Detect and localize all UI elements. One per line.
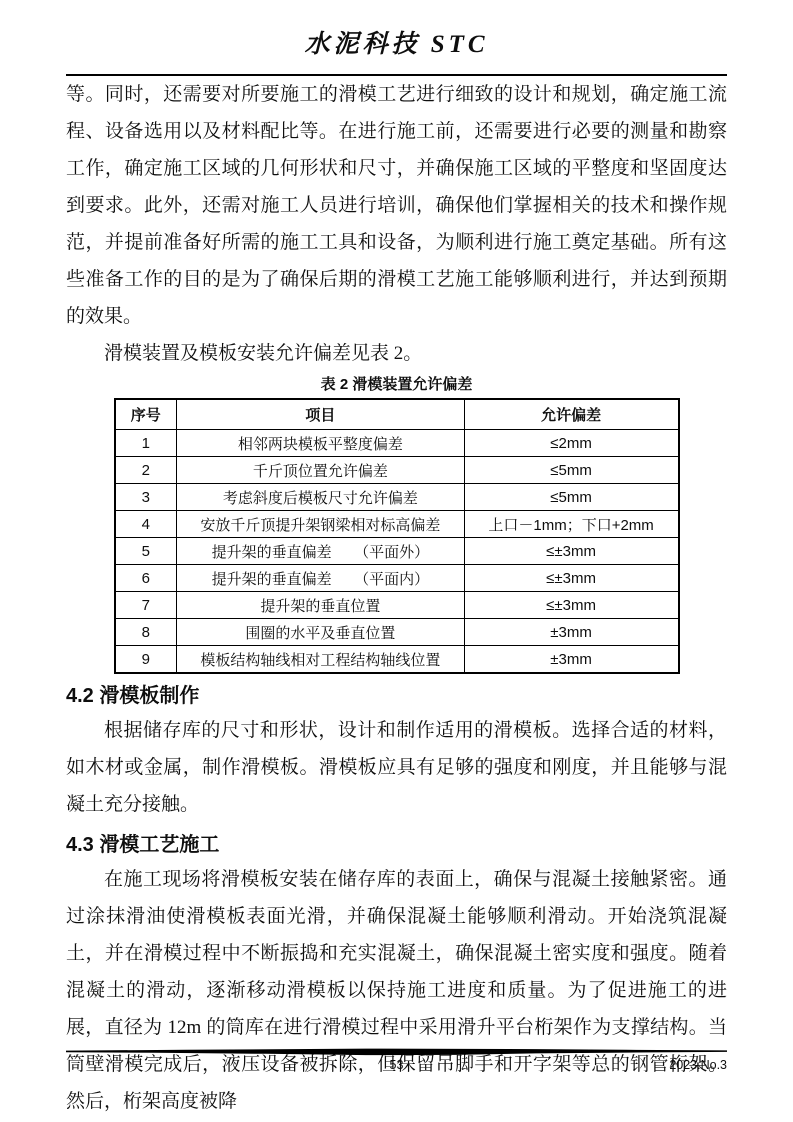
table-cell-seq: 6: [115, 565, 177, 592]
table-cell-seq: 3: [115, 484, 177, 511]
deviation-table: 序号 项目 允许偏差 1 相邻两块模板平整度偏差 ≤2mm 2 千斤顶位置允许偏…: [114, 398, 680, 674]
table-row: 2 千斤顶位置允许偏差 ≤5mm: [115, 457, 679, 484]
journal-header: 水泥科技 STC: [66, 30, 727, 76]
table-header-item: 项目: [177, 399, 465, 430]
issue-number: 2023.No.3: [669, 1056, 727, 1074]
table-caption: 表 2 滑模装置允许偏差: [66, 374, 727, 396]
table-cell-seq: 1: [115, 430, 177, 457]
table-cell-item: 千斤顶位置允许偏差: [177, 457, 465, 484]
table-cell-seq: 9: [115, 646, 177, 674]
table-cell-deviation: ≤5mm: [464, 484, 678, 511]
table-cell-item: 模板结构轴线相对工程结构轴线位置: [177, 646, 465, 674]
footer-rule: [66, 1048, 727, 1056]
table-cell-deviation: ≤±3mm: [464, 565, 678, 592]
table-cell-seq: 2: [115, 457, 177, 484]
table-row: 1 相邻两块模板平整度偏差 ≤2mm: [115, 430, 679, 457]
table-row: 3 考虑斜度后模板尺寸允许偏差 ≤5mm: [115, 484, 679, 511]
table-cell-item: 提升架的垂直偏差 （平面外）: [177, 538, 465, 565]
table-header-seq: 序号: [115, 399, 177, 430]
table-cell-item: 提升架的垂直偏差 （平面内）: [177, 565, 465, 592]
table-row: 8 围圈的水平及垂直位置 ±3mm: [115, 619, 679, 646]
table-cell-seq: 7: [115, 592, 177, 619]
table-row: 4 安放千斤顶提升架钢梁相对标高偏差 上口－1mm；下口+2mm: [115, 511, 679, 538]
table-cell-deviation: 上口－1mm；下口+2mm: [464, 511, 678, 538]
table-cell-deviation: ≤5mm: [464, 457, 678, 484]
table-row: 9 模板结构轴线相对工程结构轴线位置 ±3mm: [115, 646, 679, 674]
table-row: 5 提升架的垂直偏差 （平面外） ≤±3mm: [115, 538, 679, 565]
section-body-4-3: 在施工现场将滑模板安装在储存库的表面上，确保与混凝土接触紧密。通过涂抹滑油使滑模…: [66, 861, 727, 1120]
table-cell-item: 安放千斤顶提升架钢梁相对标高偏差: [177, 511, 465, 538]
table-cell-item: 围圈的水平及垂直位置: [177, 619, 465, 646]
table-cell-deviation: ≤2mm: [464, 430, 678, 457]
section-heading-4-3: 4.3 滑模工艺施工: [66, 831, 727, 859]
table-row: 6 提升架的垂直偏差 （平面内） ≤±3mm: [115, 565, 679, 592]
journal-title: 水泥科技 STC: [304, 30, 488, 60]
section-heading-4-2: 4.2 滑模板制作: [66, 682, 727, 710]
paragraph-table-intro: 滑模装置及模板安装允许偏差见表 2。: [66, 335, 727, 372]
table-cell-seq: 5: [115, 538, 177, 565]
footer-meta: 53 2023.No.3: [66, 1056, 727, 1074]
table-cell-deviation: ≤±3mm: [464, 538, 678, 565]
section-body-4-2: 根据储存库的尺寸和形状，设计和制作适用的滑模板。选择合适的材料，如木材或金属，制…: [66, 712, 727, 823]
page-footer: 53 2023.No.3: [66, 1048, 727, 1080]
table-cell-item: 相邻两块模板平整度偏差: [177, 430, 465, 457]
table-cell-deviation: ±3mm: [464, 646, 678, 674]
table-header-deviation: 允许偏差: [464, 399, 678, 430]
page-number: 53: [66, 1056, 727, 1074]
table-cell-seq: 8: [115, 619, 177, 646]
table-cell-item: 考虑斜度后模板尺寸允许偏差: [177, 484, 465, 511]
table-cell-deviation: ±3mm: [464, 619, 678, 646]
document-page: 水泥科技 STC 等。同时，还需要对所要施工的滑模工艺进行细致的设计和规划，确定…: [0, 0, 793, 1122]
table-row: 7 提升架的垂直位置 ≤±3mm: [115, 592, 679, 619]
table-cell-deviation: ≤±3mm: [464, 592, 678, 619]
paragraph-continued: 等。同时，还需要对所要施工的滑模工艺进行细致的设计和规划，确定施工流程、设备选用…: [66, 76, 727, 335]
table-cell-item: 提升架的垂直位置: [177, 592, 465, 619]
table-header-row: 序号 项目 允许偏差: [115, 399, 679, 430]
table-cell-seq: 4: [115, 511, 177, 538]
